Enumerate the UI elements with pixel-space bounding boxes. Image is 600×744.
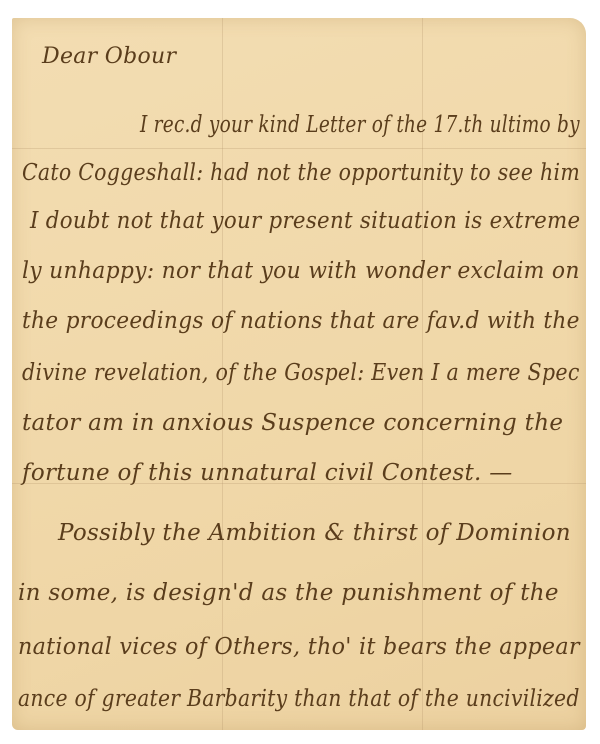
letter-line: I doubt not that your present situation … bbox=[30, 208, 580, 234]
fold-line bbox=[12, 148, 586, 149]
letter-line: ance of greater Barbarity than that of t… bbox=[18, 686, 580, 712]
letter-line: national vices of Others, tho' it bears … bbox=[18, 634, 580, 660]
letter-line: fortune of this unnatural civil Contest.… bbox=[22, 460, 513, 486]
letter-line: Cato Coggeshall: had not the opportunity… bbox=[22, 160, 580, 186]
letter-line: ly unhappy: nor that you with wonder exc… bbox=[22, 258, 580, 284]
letter-line: in some, is design'd as the punishment o… bbox=[18, 580, 559, 606]
letter-line: divine revelation, of the Gospel: Even I… bbox=[22, 360, 580, 386]
letter-line: tator am in anxious Suspence concerning … bbox=[22, 410, 563, 436]
letter-line: Possibly the Ambition & thirst of Domini… bbox=[58, 520, 571, 546]
letter-line: I rec.d your kind Letter of the 17.th ul… bbox=[140, 112, 580, 138]
letter-line: the proceedings of nations that are fav.… bbox=[22, 308, 580, 334]
salutation: Dear Obour bbox=[42, 44, 176, 69]
